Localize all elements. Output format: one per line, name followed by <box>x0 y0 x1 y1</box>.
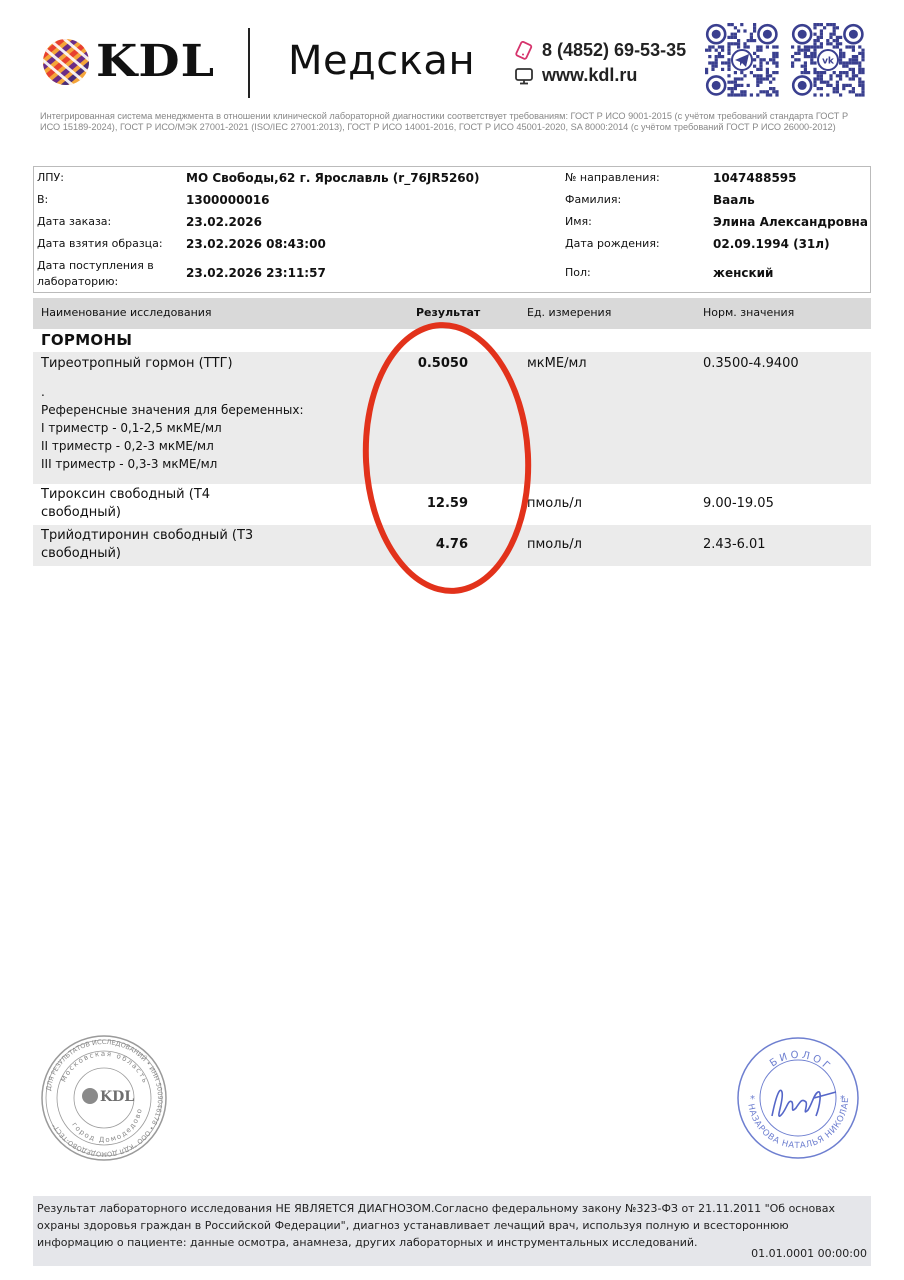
vk-icon: vk <box>822 57 835 67</box>
lpu-label: ЛПУ: <box>37 170 64 186</box>
note-line: . <box>41 383 303 401</box>
vk-qr-code[interactable]: vk <box>790 22 866 98</box>
birthdate-label: Дата рождения: <box>565 236 660 252</box>
referral-value: 1047488595 <box>713 170 797 186</box>
svg-text:vk: vk <box>822 57 835 67</box>
svg-text:БИОЛОГ: БИОЛОГ <box>768 1050 834 1074</box>
name-label: Имя: <box>565 214 592 230</box>
test-norm: 9.00-19.05 <box>703 495 774 513</box>
test-name-line: Трийодтиронин свободный (Т3 <box>41 527 253 545</box>
order-date-label: Дата заказа: <box>37 214 111 230</box>
name-value: Элина Александровна <box>713 214 868 230</box>
disclaimer-text: Результат лабораторного исследования НЕ … <box>37 1200 867 1251</box>
note-line: III триместр - 0,3-3 мкМЕ/мл <box>41 455 303 473</box>
col-result: Результат <box>416 306 480 320</box>
note-line: Референсные значения для беременных: <box>41 401 303 419</box>
svg-text:KDL: KDL <box>100 1089 134 1105</box>
referral-label: № направления: <box>565 170 660 186</box>
test-name: Трийодтиронин свободный (Т3 свободный) <box>41 527 253 563</box>
contact-phone[interactable]: 8 (4852) 69-53-35 <box>514 40 686 61</box>
svg-text:город Домодедово: город Домодедово <box>70 1107 144 1144</box>
brand-logo: KDL <box>96 34 215 90</box>
col-norm: Норм. значения <box>703 306 794 320</box>
test-name-line: свободный) <box>41 545 253 563</box>
svg-text:*: * <box>750 1094 755 1105</box>
sample-date-value: 23.02.2026 08:43:00 <box>186 236 326 252</box>
order-date-value: 23.02.2026 <box>186 214 262 230</box>
sex-label: Пол: <box>565 265 591 281</box>
test-name-line: Тироксин свободный (Т4 <box>41 486 210 504</box>
test-unit: мкМЕ/мл <box>527 355 587 373</box>
signature <box>772 1090 836 1116</box>
surname-value: Вааль <box>713 192 755 208</box>
lpu-value: МО Свободы,62 г. Ярославль (r_76JR5260) <box>186 170 479 186</box>
footer-timestamp: 01.01.0001 00:00:00 <box>751 1245 867 1262</box>
logo-divider <box>248 28 250 98</box>
test-norm: 2.43-6.01 <box>703 536 766 554</box>
sex-value: женский <box>713 265 773 281</box>
organization-stamp: ДЛЯ РЕЗУЛЬТАТОВ ИССЛЕДОВАНИЙ • ИНН 50090… <box>40 1034 168 1162</box>
note-line: I триместр - 0,1-2,5 мкМЕ/мл <box>41 419 303 437</box>
test-name: Тиреотропный гормон (ТТГ) <box>41 355 233 373</box>
pregnancy-reference-notes: . Референсные значения для беременных: I… <box>41 383 303 473</box>
v-label: В: <box>37 192 48 208</box>
website-link: www.kdl.ru <box>542 65 637 86</box>
disclaimer-panel: Результат лабораторного исследования НЕ … <box>33 1196 871 1266</box>
test-name-line: свободный) <box>41 504 210 522</box>
svg-text:*: * <box>840 1094 845 1105</box>
certification-text: Интегрированная система менеджмента в от… <box>40 111 870 133</box>
contact-website[interactable]: www.kdl.ru <box>514 65 637 86</box>
col-unit: Ед. измерения <box>527 306 611 320</box>
surname-label: Фамилия: <box>565 192 621 208</box>
monitor-icon <box>514 66 534 86</box>
test-unit: пмоль/л <box>527 536 582 554</box>
note-line: II триместр - 0,2-3 мкМЕ/мл <box>41 437 303 455</box>
kdl-globe-logo-icon <box>42 38 90 86</box>
telegram-qr-code[interactable] <box>704 22 780 98</box>
biologist-signature-stamp: БИОЛОГ НАЗАРОВА НАТАЛЬЯ НИКОЛАЕВНА * * <box>736 1036 860 1160</box>
test-unit: пмоль/л <box>527 495 582 513</box>
test-name: Тироксин свободный (Т4 свободный) <box>41 486 210 522</box>
lab-receipt-label: Дата поступления в лабораторию: <box>37 258 157 290</box>
v-value: 1300000016 <box>186 192 270 208</box>
phone-number: 8 (4852) 69-53-35 <box>542 40 686 61</box>
lab-receipt-value: 23.02.2026 23:11:57 <box>186 265 326 281</box>
col-test-name: Наименование исследования <box>41 306 212 320</box>
test-norm: 0.3500-4.9400 <box>703 355 799 373</box>
partner-logo: Медскан <box>288 36 475 86</box>
birthdate-value: 02.09.1994 (31л) <box>713 236 830 252</box>
order-info-panel: ЛПУ: МО Свободы,62 г. Ярославль (r_76JR5… <box>33 166 871 293</box>
section-title: ГОРМОНЫ <box>41 331 132 349</box>
phone-icon <box>514 41 534 61</box>
sample-date-label: Дата взятия образца: <box>37 236 163 252</box>
